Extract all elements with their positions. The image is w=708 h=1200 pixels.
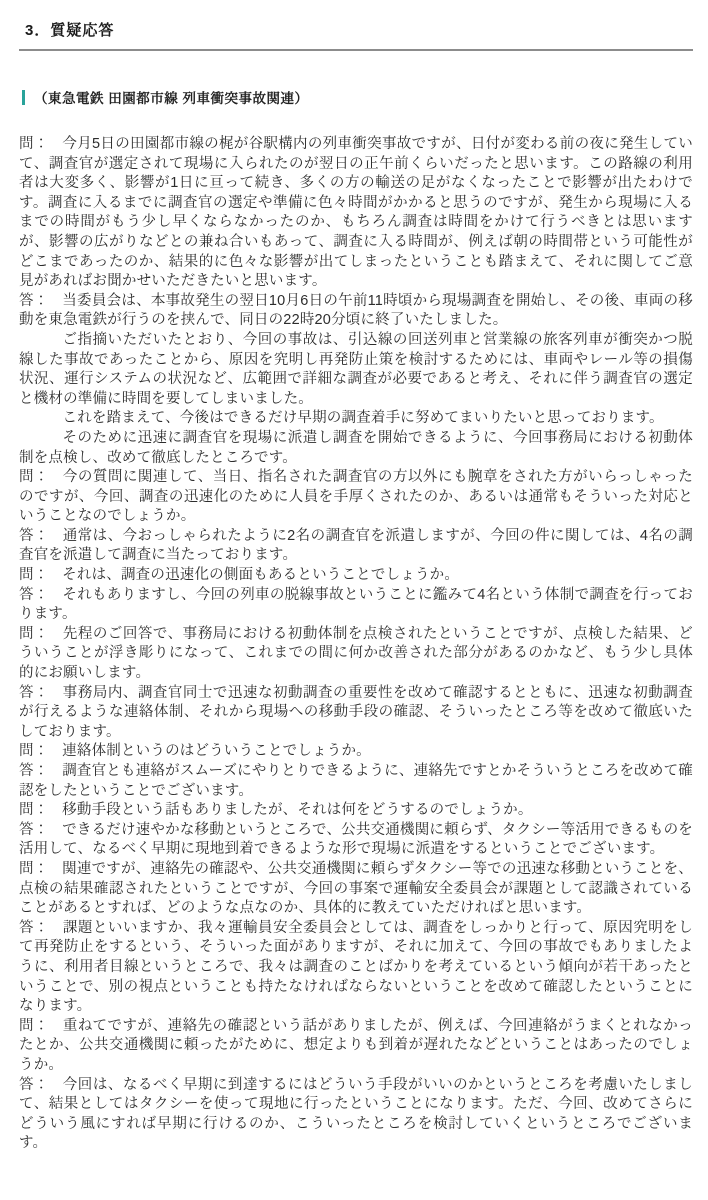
question-paragraph: 問：それは、調査の迅速化の側面もあるということでしょうか。 <box>19 566 693 586</box>
question-paragraph: 問：関連ですが、連絡先の確認や、公共交通機関に頼らずタクシー等での迅速な移動とい… <box>19 860 693 919</box>
answer-paragraph: 答：事務局内、調査官同士で迅速な初動調査の重要性を改めて確認するとともに、迅速な… <box>19 684 693 743</box>
page-title: 3．質疑応答 <box>25 20 693 41</box>
section-heading-label: （東急電鉄 田園都市線 列車衝突事故関連） <box>34 87 309 107</box>
answer-label: 答： <box>19 528 49 544</box>
question-label: 問： <box>19 802 48 818</box>
answer-paragraph: 答：通常は、今おっしゃられたように2名の調査官を派遣しますが、今回の件に関しては… <box>19 527 693 566</box>
question-label: 問： <box>19 743 48 759</box>
question-label: 問： <box>19 567 48 583</box>
question-paragraph: 問：重ねてですが、連絡先の確認という話がありましたが、例えば、今回連絡がうまくと… <box>19 1017 693 1076</box>
answer-label: 答： <box>19 920 49 936</box>
answer-paragraph: 答：それもありますし、今回の列車の脱線事故ということに鑑みて4名という体制で調査… <box>19 586 693 625</box>
question-label: 問： <box>19 1018 49 1034</box>
question-paragraph: 問：移動手段という話もありましたが、それは何をどうするのでしょうか。 <box>19 801 693 821</box>
question-label: 問： <box>19 861 48 877</box>
answer-paragraph: 答：できるだけ速やかな移動というところで、公共交通機関に頼らず、タクシー等活用で… <box>19 821 693 860</box>
document-page: 3．質疑応答 （東急電鉄 田園都市線 列車衝突事故関連） 問：今月5日の田園都市… <box>0 0 708 1184</box>
qa-continuation-paragraph: これを踏まえて、今後はできるだけ早期の調査着手に努めてまいりたいと思っております… <box>19 409 693 429</box>
section-accent-bar <box>22 90 25 105</box>
question-paragraph: 問：連絡体制というのはどういうことでしょうか。 <box>19 742 693 762</box>
question-paragraph: 問：今月5日の田園都市線の梶が谷駅構内の列車衝突事故ですが、日付が変わる前の夜に… <box>19 135 693 292</box>
answer-label: 答： <box>19 587 49 603</box>
qa-list: 問：今月5日の田園都市線の梶が谷駅構内の列車衝突事故ですが、日付が変わる前の夜に… <box>19 135 693 1154</box>
question-label: 問： <box>19 626 49 642</box>
qa-continuation-paragraph: ご指摘いただいたとおり、今回の事故は、引込線の回送列車と営業線の旅客列車が衝突か… <box>19 331 693 409</box>
section-heading: （東急電鉄 田園都市線 列車衝突事故関連） <box>22 87 693 107</box>
answer-label: 答： <box>19 822 48 838</box>
answer-paragraph: 答：調査官とも連絡がスムーズにやりとりできるように、連絡先ですとかそういうところ… <box>19 762 693 801</box>
qa-continuation-paragraph: そのために迅速に調査官を現場に派遣し調査を開始できるように、今回事務局における初… <box>19 429 693 468</box>
answer-label: 答： <box>19 1077 49 1093</box>
answer-label: 答： <box>19 685 49 701</box>
question-label: 問： <box>19 136 49 152</box>
answer-paragraph: 答：課題といいますか、我々運輸員安全委員会としては、調査をしっかりと行って、原因… <box>19 919 693 1017</box>
answer-paragraph: 答：今回は、なるべく早期に到達するにはどういう手段がいいのかというところを考慮い… <box>19 1076 693 1154</box>
answer-label: 答： <box>19 293 49 309</box>
question-paragraph: 問：先程のご回答で、事務局における初動体制を点検されたということですが、点検した… <box>19 625 693 684</box>
title-divider <box>19 49 693 51</box>
question-paragraph: 問：今の質問に関連して、当日、指名された調査官の方以外にも腕章をされた方がいらっ… <box>19 468 693 527</box>
question-label: 問： <box>19 469 49 485</box>
answer-label: 答： <box>19 763 48 779</box>
answer-paragraph: 答：当委員会は、本事故発生の翌日10月6日の午前11時頃から現場調査を開始し、そ… <box>19 292 693 331</box>
